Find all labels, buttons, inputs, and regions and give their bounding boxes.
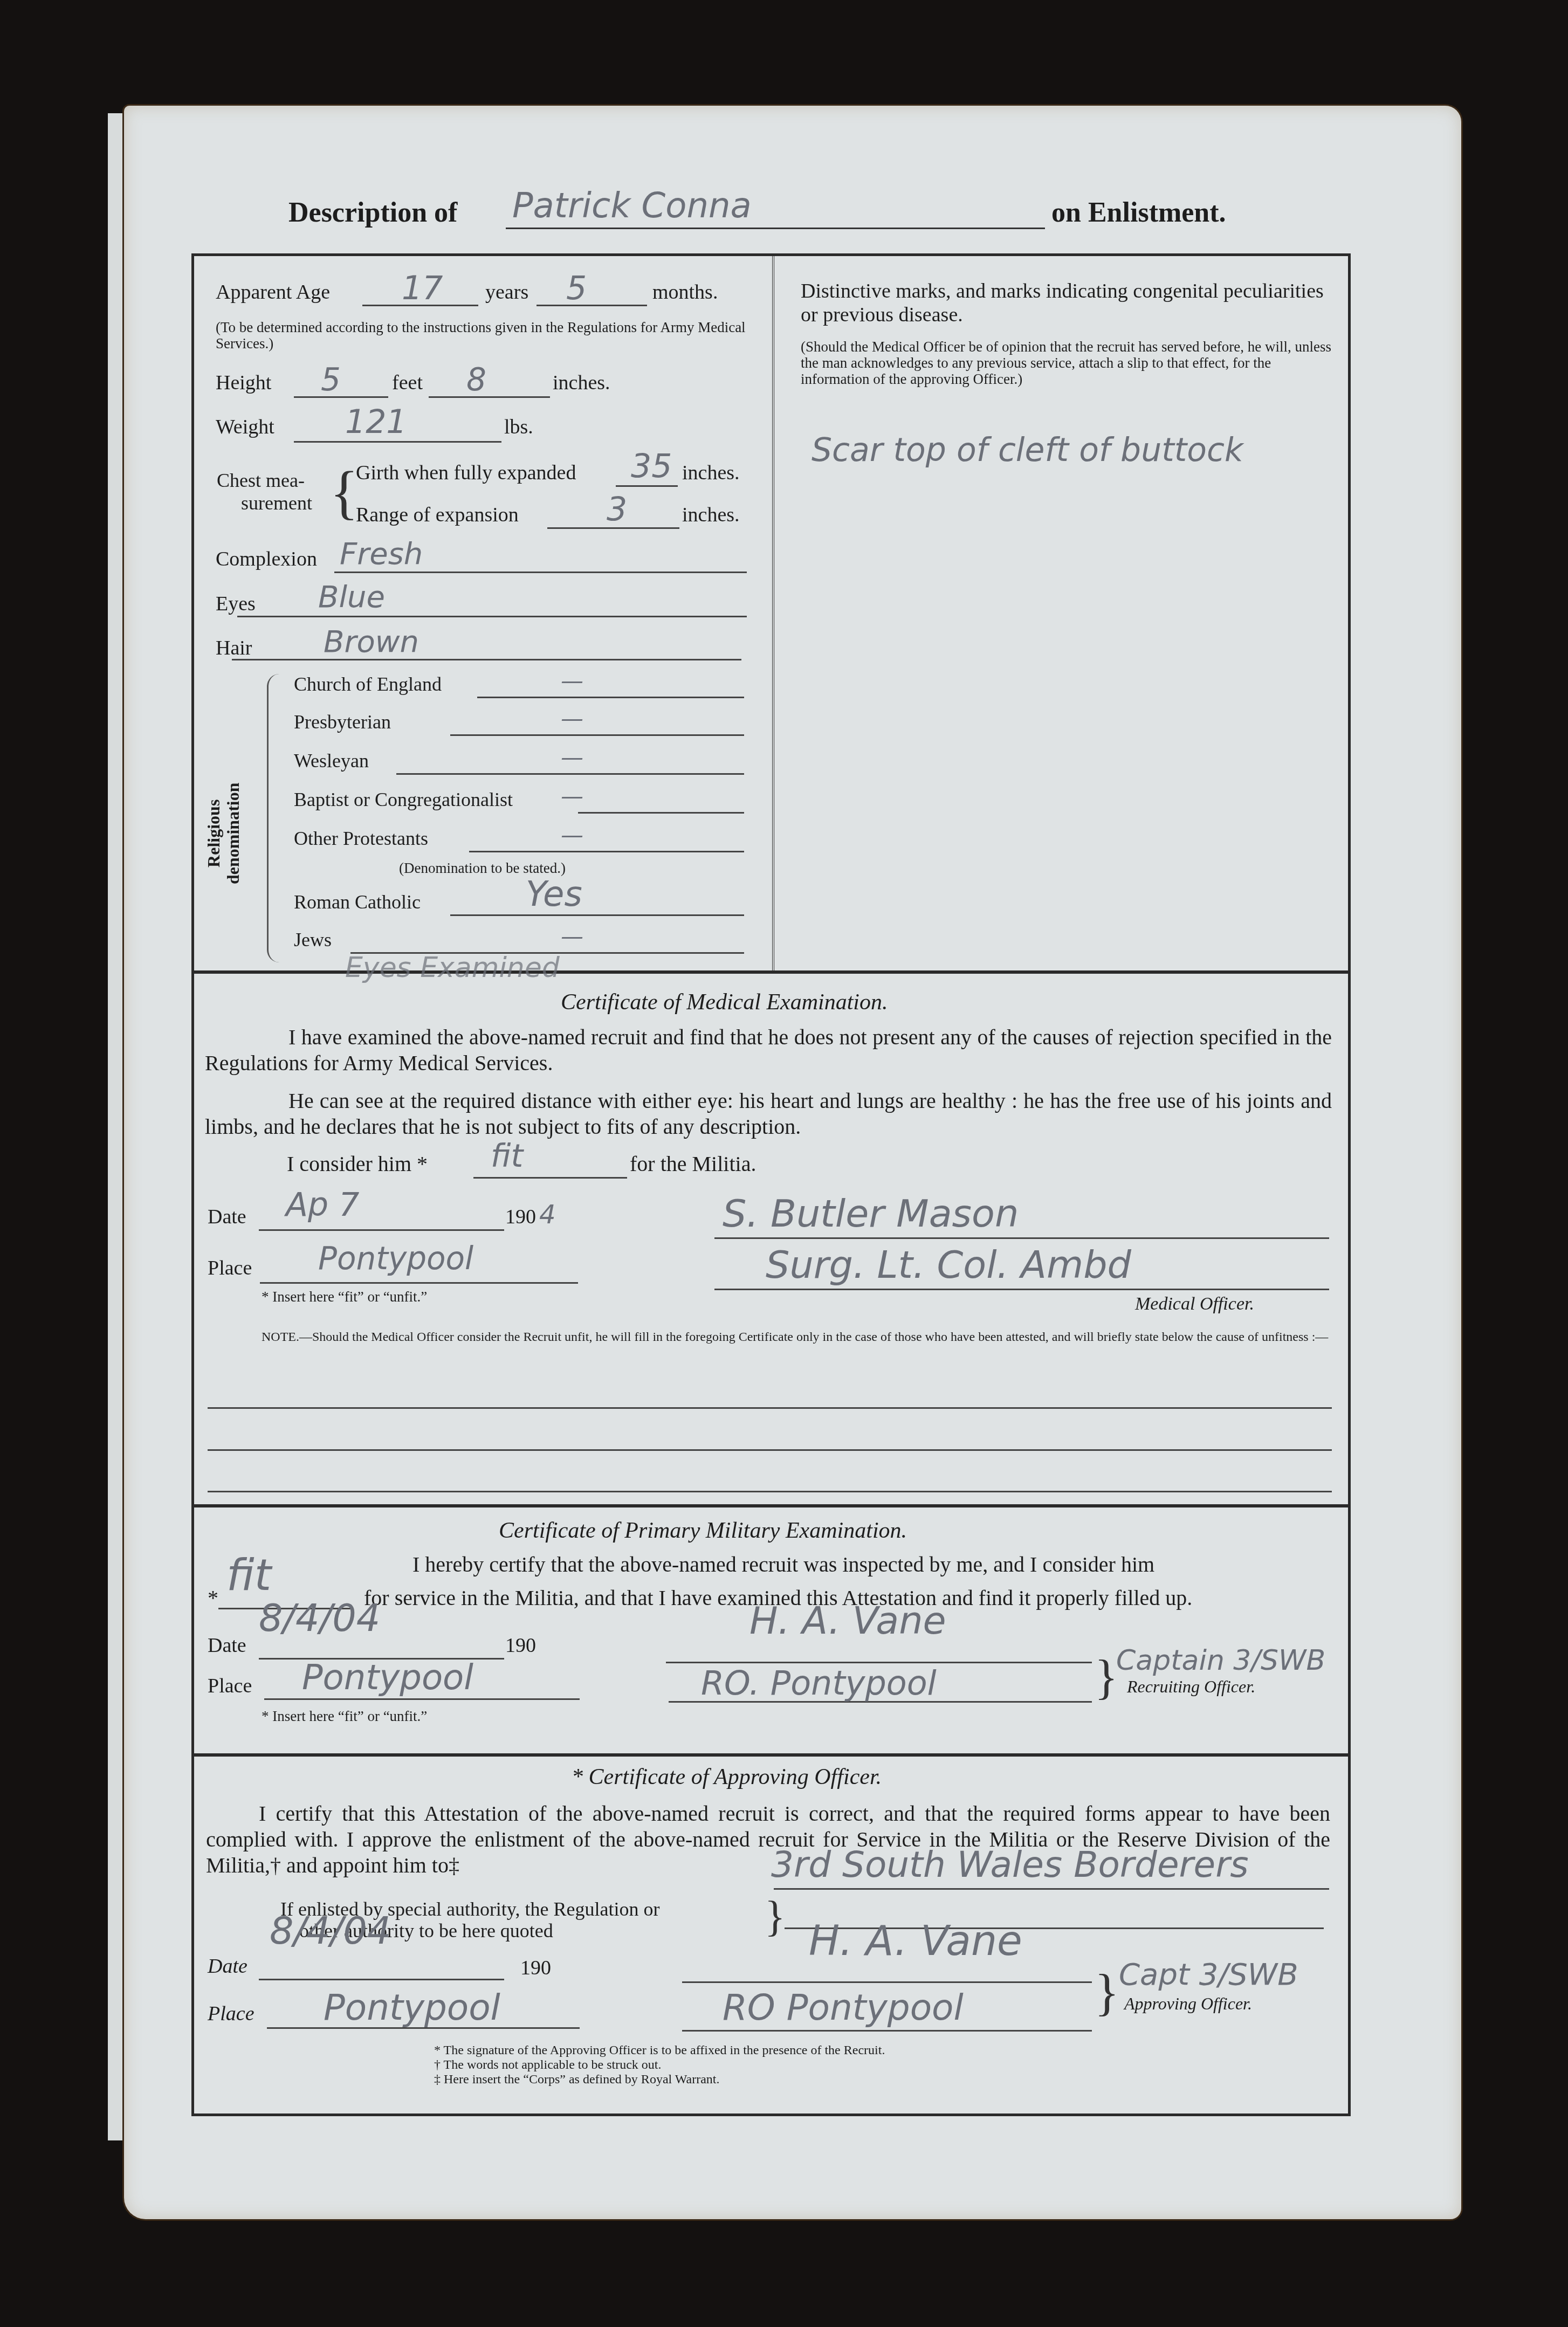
approving-signature-line — [682, 1981, 1092, 1983]
approving-place-value: Pontypool — [324, 1987, 500, 2028]
section-divider — [191, 1753, 1351, 1757]
eyes-value: Blue — [318, 580, 385, 615]
footnote: * The signature of the Approving Officer… — [434, 2043, 885, 2058]
approving-heading: * Certificate of Approving Officer. — [572, 1764, 882, 1790]
religion-item-label: Baptist or Congregationalist — [294, 788, 513, 811]
medical-date-value: Ap 7 — [286, 1186, 359, 1224]
chest-brace: { — [330, 458, 359, 527]
height-inches-line — [429, 396, 550, 398]
religion-item-value: — — [561, 667, 583, 694]
weight-label: Weight — [216, 415, 274, 439]
corps-line — [774, 1888, 1329, 1890]
approving-date-label: Date — [208, 1954, 247, 1978]
years-label: years — [485, 280, 528, 304]
title-prefix: Description of — [288, 197, 457, 228]
age-months-value: 5 — [566, 270, 587, 307]
consider-suffix: for the Militia. — [630, 1151, 756, 1176]
months-label: months. — [652, 280, 718, 304]
consider-value: fit — [491, 1138, 523, 1174]
corps-value: 3rd South Wales Borderers — [771, 1844, 1249, 1885]
primary-place-value: Pontypool — [302, 1658, 473, 1698]
height-inches-value: 8 — [466, 361, 486, 398]
approving-date-line — [259, 1979, 504, 1980]
complexion-label: Complexion — [216, 547, 317, 571]
religion-item-line — [396, 773, 744, 775]
eyes-label: Eyes — [216, 592, 256, 616]
apparent-age-label: Apparent Age — [216, 280, 330, 304]
unfitness-note: NOTE.—Should the Medical Officer conside… — [208, 1329, 1335, 1345]
religion-item-value: — — [561, 923, 583, 949]
lbs-label: lbs. — [504, 415, 533, 439]
religion-item-line — [477, 697, 744, 698]
recruit-name: Patrick Conna — [512, 186, 752, 226]
primary-para-1: I hereby certify that the above-named re… — [412, 1552, 1332, 1578]
primary-fit-value: fit — [226, 1550, 271, 1600]
complexion-line — [334, 572, 747, 573]
approving-officer-place: RO Pontypool — [723, 1987, 964, 2028]
religion-item-label: Jews — [294, 928, 332, 951]
recruiting-officer-place: RO. Pontypool — [701, 1663, 937, 1703]
consider-prefix: I consider him * — [287, 1151, 428, 1176]
range-unit: inches. — [682, 503, 740, 527]
denomination-note: (Denomination to be stated.) — [399, 860, 566, 877]
religion-item-line — [450, 914, 744, 916]
height-feet-line — [294, 396, 388, 398]
medical-officer-rank: Surg. Lt. Col. Ambd — [766, 1243, 1131, 1287]
medical-signature-line-1 — [714, 1237, 1329, 1239]
feet-label: feet — [392, 371, 423, 395]
age-years-value: 17 — [402, 270, 443, 307]
medical-signature-line-2 — [714, 1289, 1329, 1290]
recruiting-officer-label: Recruiting Officer. — [1127, 1677, 1255, 1697]
weight-line — [294, 441, 501, 443]
eyes-line — [237, 616, 747, 617]
medical-place-label: Place — [208, 1256, 252, 1280]
medical-year-value: 4 — [539, 1200, 556, 1230]
height-label: Height — [216, 371, 271, 395]
medical-place-line — [260, 1282, 578, 1284]
medical-year-prefix: 190 — [505, 1205, 536, 1229]
primary-place-label: Place — [208, 1674, 252, 1698]
medical-para-1: I have examined the above-named recruit … — [205, 1024, 1332, 1076]
unfitness-line-3 — [208, 1491, 1332, 1492]
medical-date-line — [259, 1229, 504, 1231]
distinctive-marks-heading: Distinctive marks, and marks indicating … — [801, 279, 1335, 327]
primary-place-line — [264, 1698, 580, 1700]
distinctive-marks-note: (Should the Medical Officer be of opinio… — [801, 339, 1337, 387]
title-suffix: on Enlistment. — [1051, 197, 1226, 229]
approving-officer-signature: H. A. Vane — [809, 1917, 1022, 1965]
religion-item-value: — — [561, 705, 583, 732]
approving-place-label: Place — [208, 2002, 255, 2026]
religion-item-value: Yes — [526, 875, 582, 914]
approving-date-value: 8/4/04 — [270, 1909, 391, 1953]
medical-certificate-heading: Certificate of Medical Examination. — [561, 989, 888, 1015]
consider-line — [473, 1177, 627, 1179]
religion-item-value: — — [561, 822, 583, 848]
hair-label: Hair — [216, 636, 252, 660]
age-months-line — [537, 305, 647, 306]
approving-year-prefix: 190 — [520, 1956, 551, 1980]
chest-label-2: surement — [241, 492, 312, 514]
hair-line — [232, 659, 741, 660]
recruiting-officer-rank: Captain 3/SWB — [1116, 1644, 1325, 1677]
approving-officer-rank: Capt 3/SWB — [1119, 1957, 1298, 1992]
form-title: Description of on Enlistment. — [288, 197, 457, 229]
primary-date-label: Date — [208, 1634, 246, 1657]
religion-brace — [267, 674, 279, 962]
girth-value: 35 — [631, 448, 672, 485]
religion-item-line — [469, 851, 744, 852]
medical-para-2: He can see at the required distance with… — [205, 1088, 1332, 1140]
medical-officer-label: Medical Officer. — [1135, 1294, 1254, 1314]
column-divider — [772, 256, 774, 970]
medical-date-label: Date — [208, 1205, 246, 1229]
religion-item-line — [578, 812, 744, 814]
footnote: ‡ Here insert the “Corps” as defined by … — [434, 2073, 719, 2087]
religion-item-label: Wesleyan — [294, 749, 369, 772]
range-value: 3 — [607, 491, 627, 528]
religion-item-label: Roman Catholic — [294, 891, 421, 913]
hair-value: Brown — [324, 624, 419, 659]
religion-heading: Religious denomination — [204, 783, 243, 884]
primary-date-value: 8/4/04 — [259, 1596, 380, 1640]
inches-label: inches. — [553, 371, 610, 395]
section-divider — [191, 1504, 1351, 1507]
girth-label: Girth when fully expanded — [356, 461, 576, 485]
chest-label: Chest mea- — [217, 469, 305, 492]
footnote: † The words not applicable to be struck … — [434, 2058, 661, 2073]
complexion-value: Fresh — [340, 536, 423, 572]
primary-year-prefix: 190 — [505, 1634, 536, 1657]
approving-place-signature-line — [682, 2030, 1092, 2032]
unfitness-line-1 — [208, 1407, 1332, 1409]
recruiting-officer-signature: H. A. Vane — [749, 1599, 946, 1643]
religion-item-value: — — [561, 783, 583, 809]
religion-item-label: Other Protestants — [294, 827, 428, 850]
range-label: Range of expansion — [356, 503, 519, 527]
unfitness-line-2 — [208, 1449, 1332, 1451]
primary-military-heading: Certificate of Primary Military Examinat… — [499, 1518, 907, 1544]
medical-place-value: Pontypool — [318, 1240, 473, 1277]
religion-item-label: Presbyterian — [294, 711, 391, 733]
religion-item-value: — — [561, 744, 583, 770]
medical-officer-signature: S. Butler Mason — [723, 1192, 1019, 1236]
primary-insert-note: * Insert here “fit” or “unfit.” — [262, 1708, 427, 1725]
religion-item-line — [450, 734, 744, 736]
medical-insert-note: * Insert here “fit” or “unfit.” — [262, 1289, 427, 1305]
height-feet-value: 5 — [321, 361, 341, 398]
eyes-examined-annotation: Eyes Examined — [345, 952, 560, 984]
weight-value: 121 — [345, 403, 407, 441]
religion-item-label: Church of England — [294, 673, 442, 696]
distinctive-marks-value: Scar top of cleft of buttock — [811, 431, 1243, 469]
age-note: (To be determined according to the instr… — [216, 319, 749, 352]
religion-heading-2: denomination — [223, 783, 243, 884]
name-line — [506, 228, 1045, 229]
religion-heading-1: Religious — [204, 783, 223, 884]
approving-officer-label: Approving Officer. — [1124, 1994, 1252, 2014]
girth-line — [616, 485, 678, 487]
girth-unit: inches. — [682, 461, 740, 485]
